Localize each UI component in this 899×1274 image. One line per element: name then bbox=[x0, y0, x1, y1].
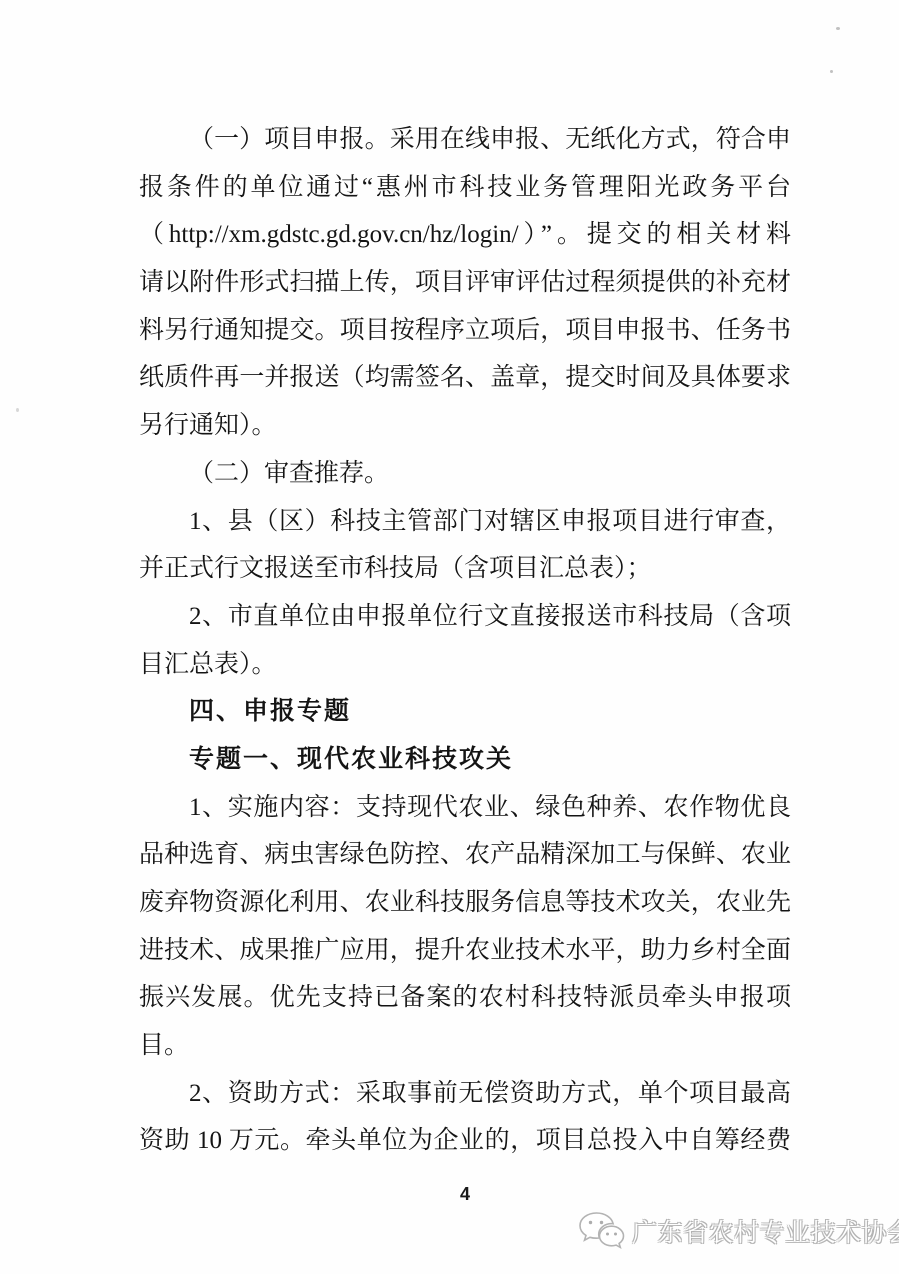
footer-brand-watermark: 广东省农村专业技术协会 bbox=[577, 1209, 899, 1253]
text-line: 废弃物资源化利用、农业科技服务信息等技术攻关，农业先 bbox=[139, 879, 791, 927]
text-line: 振兴发展。优先支持已备案的农村科技特派员牵头申报项 bbox=[139, 974, 791, 1022]
text-line: 资助 10 万元。牵头单位为企业的，项目总投入中自筹经费 bbox=[139, 1117, 791, 1165]
wechat-icon bbox=[577, 1209, 627, 1253]
scan-artifact bbox=[836, 27, 840, 30]
text-line: 1、县（区）科技主管部门对辖区申报项目进行审查， bbox=[139, 498, 791, 546]
text-line: 纸质件再一并报送（均需签名、盖章，提交时间及具体要求 bbox=[139, 354, 791, 402]
scan-artifact bbox=[16, 408, 19, 412]
text-line: 请以附件形式扫描上传，项目评审评估过程须提供的补充材 bbox=[139, 259, 791, 307]
footer-brand-text: 广东省农村专业技术协会 bbox=[632, 1213, 899, 1249]
document-page: （一）项目申报。采用在线申报、无纸化方式，符合申 报条件的单位通过“惠州市科技业… bbox=[0, 0, 899, 1274]
text-line: 另行通知）。 bbox=[139, 402, 791, 450]
text-line: 报条件的单位通过“惠州市科技业务管理阳光政务平台 bbox=[139, 164, 791, 212]
topic-heading: 专题一、现代农业科技攻关 bbox=[139, 736, 791, 784]
text-line: 2、市直单位由申报单位行文直接报送市科技局（含项 bbox=[139, 593, 791, 641]
text-line: 2、资助方式：采取事前无偿资助方式，单个项目最高 bbox=[139, 1070, 791, 1118]
text-line: 进技术、成果推广应用，提升农业技术水平，助力乡村全面 bbox=[139, 927, 791, 975]
text-line: 目汇总表）。 bbox=[139, 641, 791, 689]
scan-artifact bbox=[830, 70, 833, 73]
text-line: 品种选育、病虫害绿色防控、农产品精深加工与保鲜、农业 bbox=[139, 831, 791, 879]
document-body: （一）项目申报。采用在线申报、无纸化方式，符合申 报条件的单位通过“惠州市科技业… bbox=[139, 116, 791, 1165]
text-line: （二）审查推荐。 bbox=[139, 450, 791, 498]
text-line: 料另行通知提交。项目按程序立项后，项目申报书、任务书 bbox=[139, 307, 791, 355]
text-line: 1、实施内容：支持现代农业、绿色种养、农作物优良 bbox=[139, 784, 791, 832]
section-heading: 四、申报专题 bbox=[139, 688, 791, 736]
page-number: 4 bbox=[139, 1184, 791, 1205]
text-line: 目。 bbox=[139, 1022, 791, 1070]
text-line-url: （http://xm.gdstc.gd.gov.cn/hz/login/）”。提… bbox=[139, 211, 791, 259]
text-line: （一）项目申报。采用在线申报、无纸化方式，符合申 bbox=[139, 116, 791, 164]
text-line: 并正式行文报送至市科技局（含项目汇总表）； bbox=[139, 545, 791, 593]
